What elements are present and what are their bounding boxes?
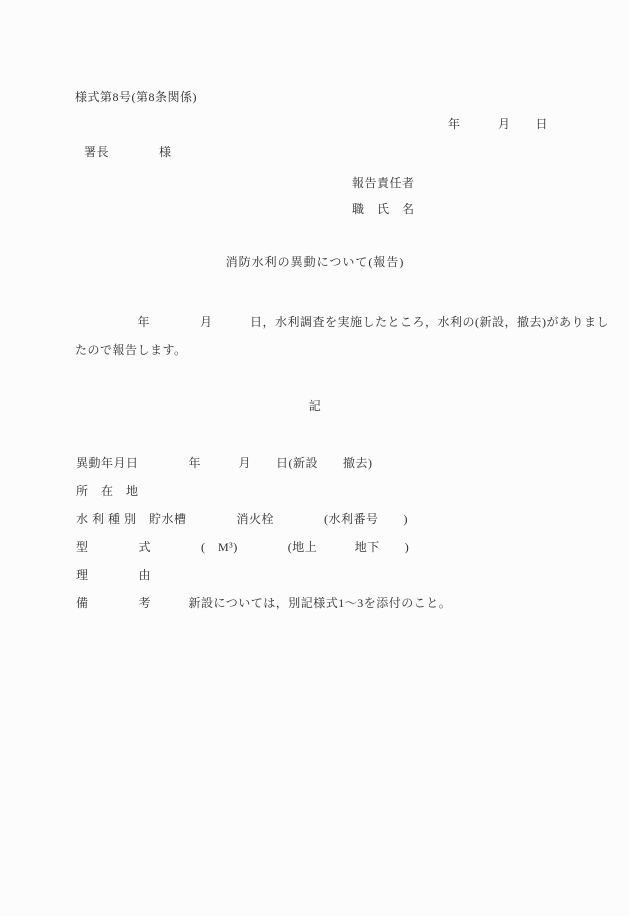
reporter-name-label: 職 氏 名 [352,202,415,217]
field-row-remarks: 備 考 新設については，別記様式1～3を添付のこと。 [76,596,451,611]
reporter-title: 報告責任者 [352,176,415,191]
field-row-water-type: 水 利 種 別 貯水槽 消火栓 (水利番号 ) [76,512,408,527]
field-row-location: 所 在 地 [76,484,139,499]
body-paragraph-line1: 年 月 日，水利調査を実施したところ，水利の(新設，撤去)がありまし [75,315,609,330]
field-row-reason: 理 由 [76,568,151,583]
report-form-page: 様式第8号(第8条関係) 年 月 日 署長 様 報告責任者 職 氏 名 消防水利… [0,0,630,916]
field-row-change-date: 異動年月日 年 月 日(新設 撤去) [76,456,373,471]
field-row-model: 型 式 ( M³) (地上 地下 ) [76,540,409,555]
section-marker-ki: 記 [0,399,630,414]
addressee-line: 署長 様 [84,145,172,160]
report-date-blank: 年 月 日 [448,117,548,132]
body-paragraph-line2: たので報告します。 [75,343,187,358]
document-title: 消防水利の異動について(報告) [0,255,630,270]
form-number: 様式第8号(第8条関係) [75,90,197,105]
